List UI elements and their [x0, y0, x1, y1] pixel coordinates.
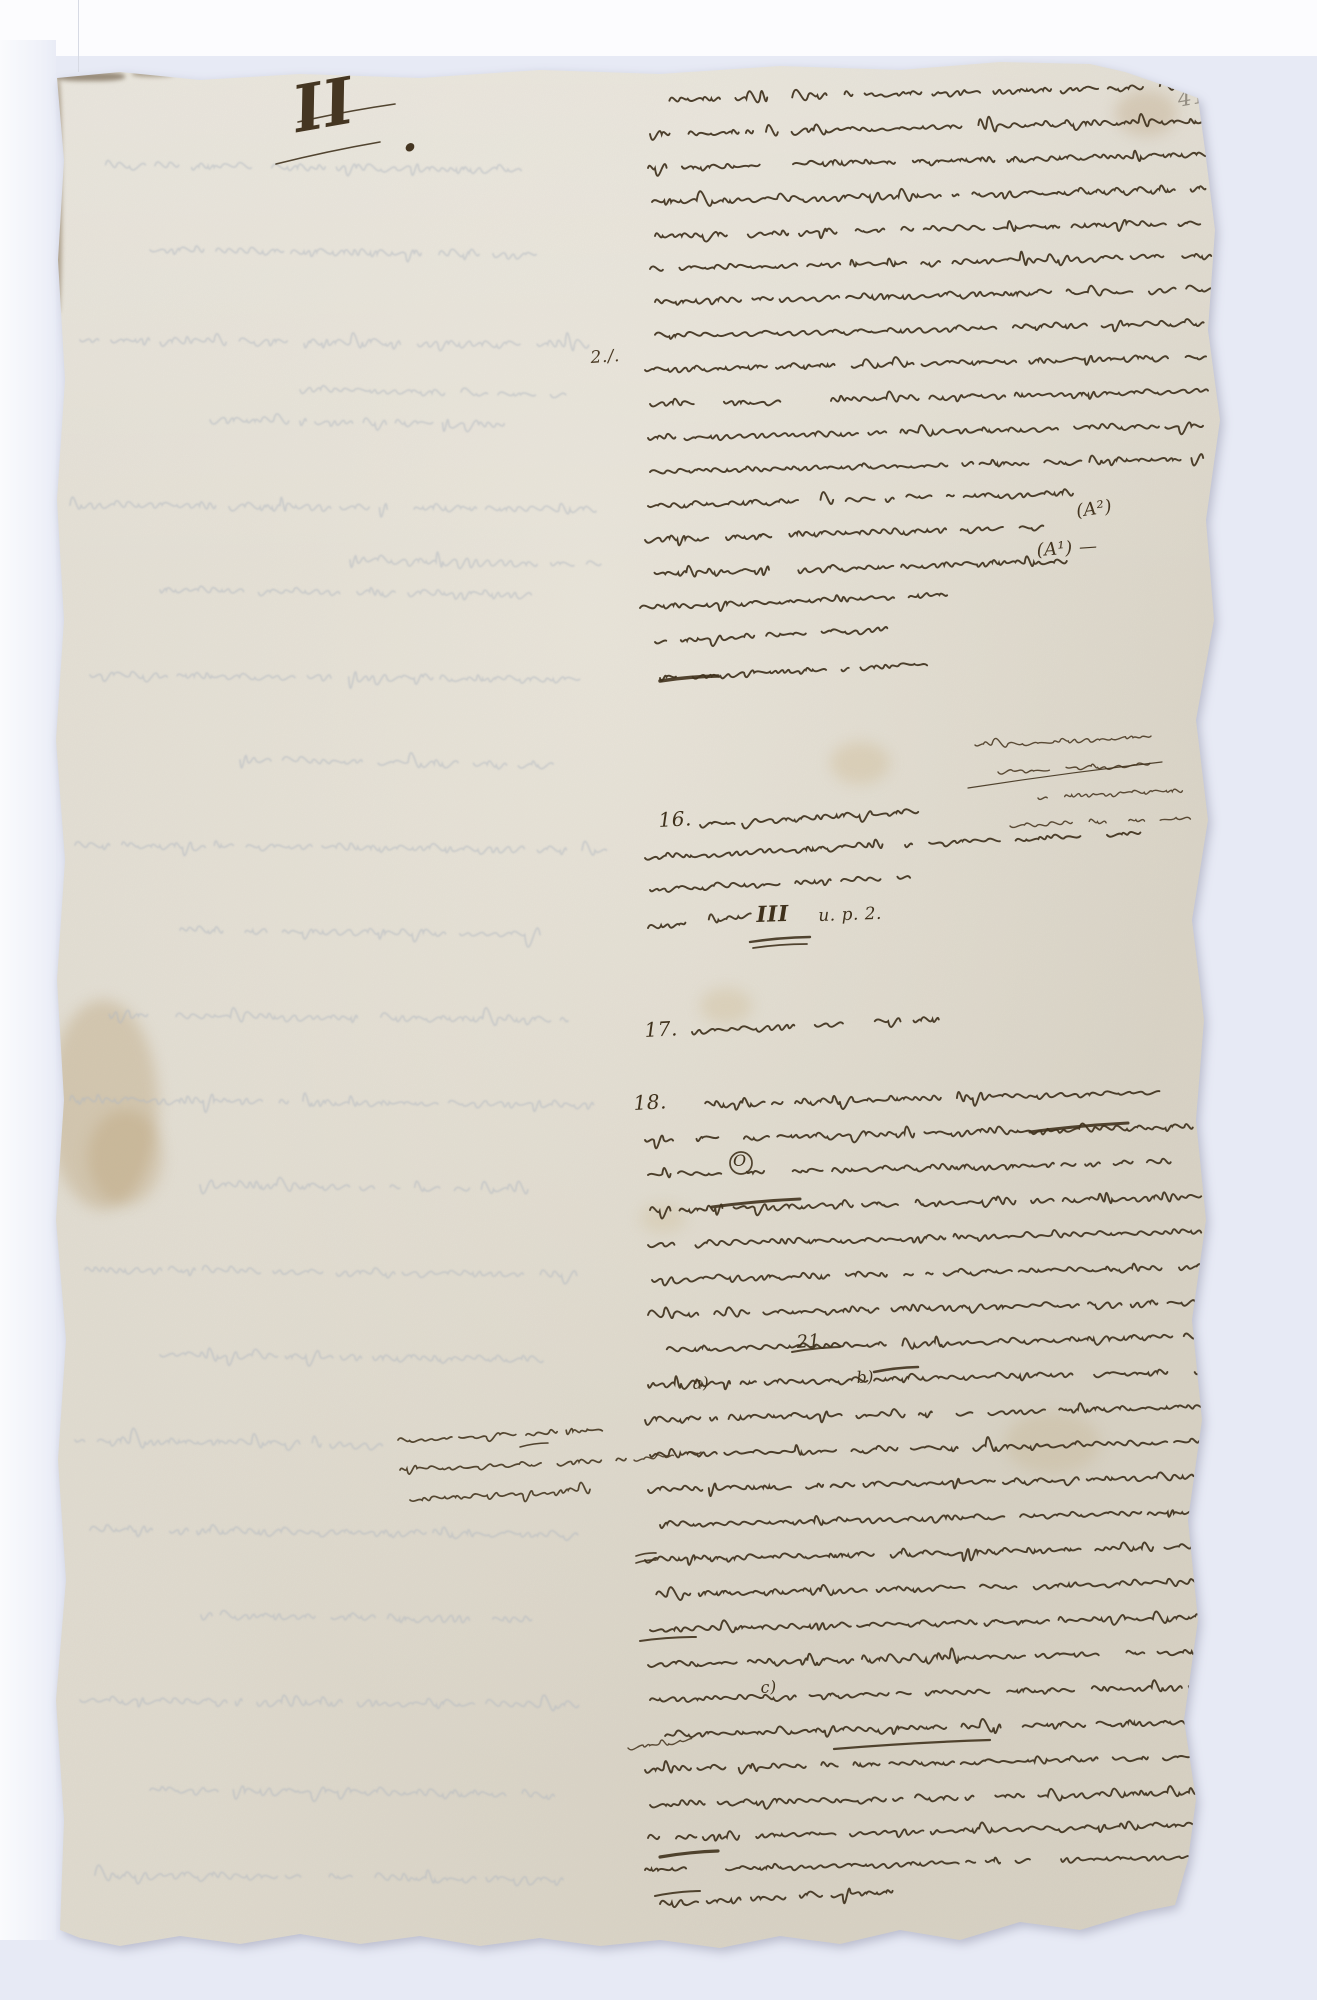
- section-numeral-period: .: [402, 112, 419, 158]
- formula-a2: (A²): [1075, 498, 1113, 521]
- letter-o: O: [733, 1153, 747, 1169]
- paper-shadow-wrap: II . 412./.(A²)(A¹) —16.IIIu. p. 2.17.18…: [0, 0, 1317, 2000]
- underlined-number-21: 21: [796, 1332, 821, 1352]
- scanned-manuscript: II . 412./.(A²)(A¹) —16.IIIu. p. 2.17.18…: [0, 0, 1317, 2000]
- citation-rest: u. p. 2.: [818, 906, 882, 925]
- citation-roman: III: [756, 903, 789, 926]
- pencil-page-number: 41: [1176, 85, 1208, 112]
- item-number-18: 18.: [633, 1091, 667, 1113]
- margin-mark: 2./.: [590, 348, 620, 367]
- formula-a1: (A¹) —: [1036, 538, 1098, 560]
- letter-a: a): [692, 1375, 710, 1392]
- section-numeral: II: [288, 69, 359, 143]
- item-number-16: 16.: [658, 808, 692, 830]
- annotation-layer: II . 412./.(A²)(A¹) —16.IIIu. p. 2.17.18…: [0, 0, 1317, 2000]
- manuscript-sheet: II . 412./.(A²)(A¹) —16.IIIu. p. 2.17.18…: [0, 0, 1317, 2000]
- letter-c: c): [760, 1679, 777, 1696]
- item-number-17: 17.: [644, 1018, 678, 1040]
- letter-b: b): [856, 1369, 875, 1386]
